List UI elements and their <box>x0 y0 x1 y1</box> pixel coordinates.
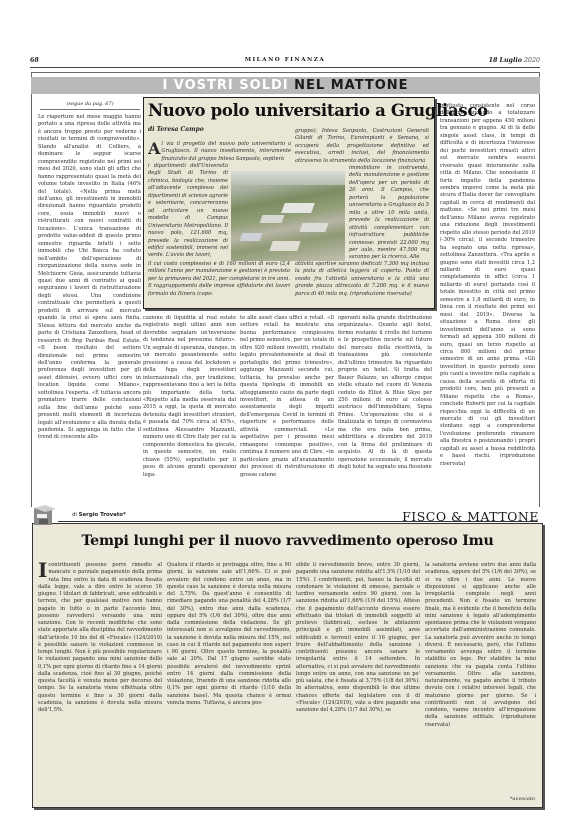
box-right-top-text: gruppo), Intesa Sanpaolo, Costruzioni Ge… <box>295 128 429 168</box>
article2-author: Sergio Trovato* <box>79 512 126 518</box>
box-left-bottom-text: il cui costo complessivo è di 160 milion… <box>148 261 290 303</box>
article1-column-5: piuttosto consistente nel corso dell'ann… <box>440 103 535 505</box>
box-lead-text: l via il progetto del nuovo polo univers… <box>161 141 291 162</box>
banner-dark-text: NEL MATTONE <box>294 78 408 93</box>
box-left-text: i dipartimenti dell'Università degli Stu… <box>148 163 228 261</box>
banner-light-text: I VOSTRI SOLDI <box>162 78 288 93</box>
article2-column-4: la sanatoria avviene entro due anni dall… <box>425 562 536 794</box>
article2-dropcap: I <box>38 562 47 579</box>
article2-byline: di Sergio Trovato* <box>72 512 126 518</box>
campus-aerial-photo <box>231 171 345 261</box>
article1-column-2: cazione di liquidità al real estate regi… <box>143 315 236 505</box>
fisco-mattone-logo-icon <box>33 505 57 527</box>
issue-date: 18 Luglio 2020 <box>489 57 540 64</box>
article2-column-1: Icontribuenti possono porre rimedio al m… <box>38 562 162 798</box>
section-banner: I VOSTRI SOLDI NEL MATTONE <box>31 77 540 94</box>
newspaper-page: 68 MILANO FINANZA 18 Luglio 2020 I VOSTR… <box>0 0 580 820</box>
continued-from-note: (segue da pag. 67) <box>40 101 140 110</box>
article1-column-4: operanti nella grande distribuzione orga… <box>338 315 432 505</box>
box-lead: Al via il progetto del nuovo polo univer… <box>148 141 291 165</box>
date-year: 2020 <box>524 57 540 64</box>
article1-column-1: Le riaperture nel mese maggio hanno port… <box>38 114 141 504</box>
box-title: Nuovo polo universitario a Grugliasco <box>148 101 428 120</box>
date-day-month: 18 Luglio <box>489 57 522 64</box>
page-header: 68 MILANO FINANZA 18 Luglio 2020 <box>30 57 540 68</box>
article2-column-2: Qualora il ritardo si protragga oltre, f… <box>167 562 291 798</box>
article2-column-3: sibile il ravvedimento breve, entro 30 g… <box>296 562 420 798</box>
masthead: MILANO FINANZA <box>30 57 540 63</box>
author-footnote: *avvocato <box>510 796 535 802</box>
article1-column-3: te alle asset class uffici e retail. «Il… <box>240 315 334 505</box>
box-author: di Teresa Campo <box>148 126 204 133</box>
box-dropcap: A <box>148 142 160 156</box>
article2-title: Tempi lunghi per il nuovo ravvedimento o… <box>32 533 543 549</box>
box-right-text: immobiliare in costruendo, della manuten… <box>349 165 429 261</box>
section-rule <box>58 521 538 522</box>
box-right-bottom-text: attività sportive saranno dedicati 7.300… <box>295 261 429 303</box>
